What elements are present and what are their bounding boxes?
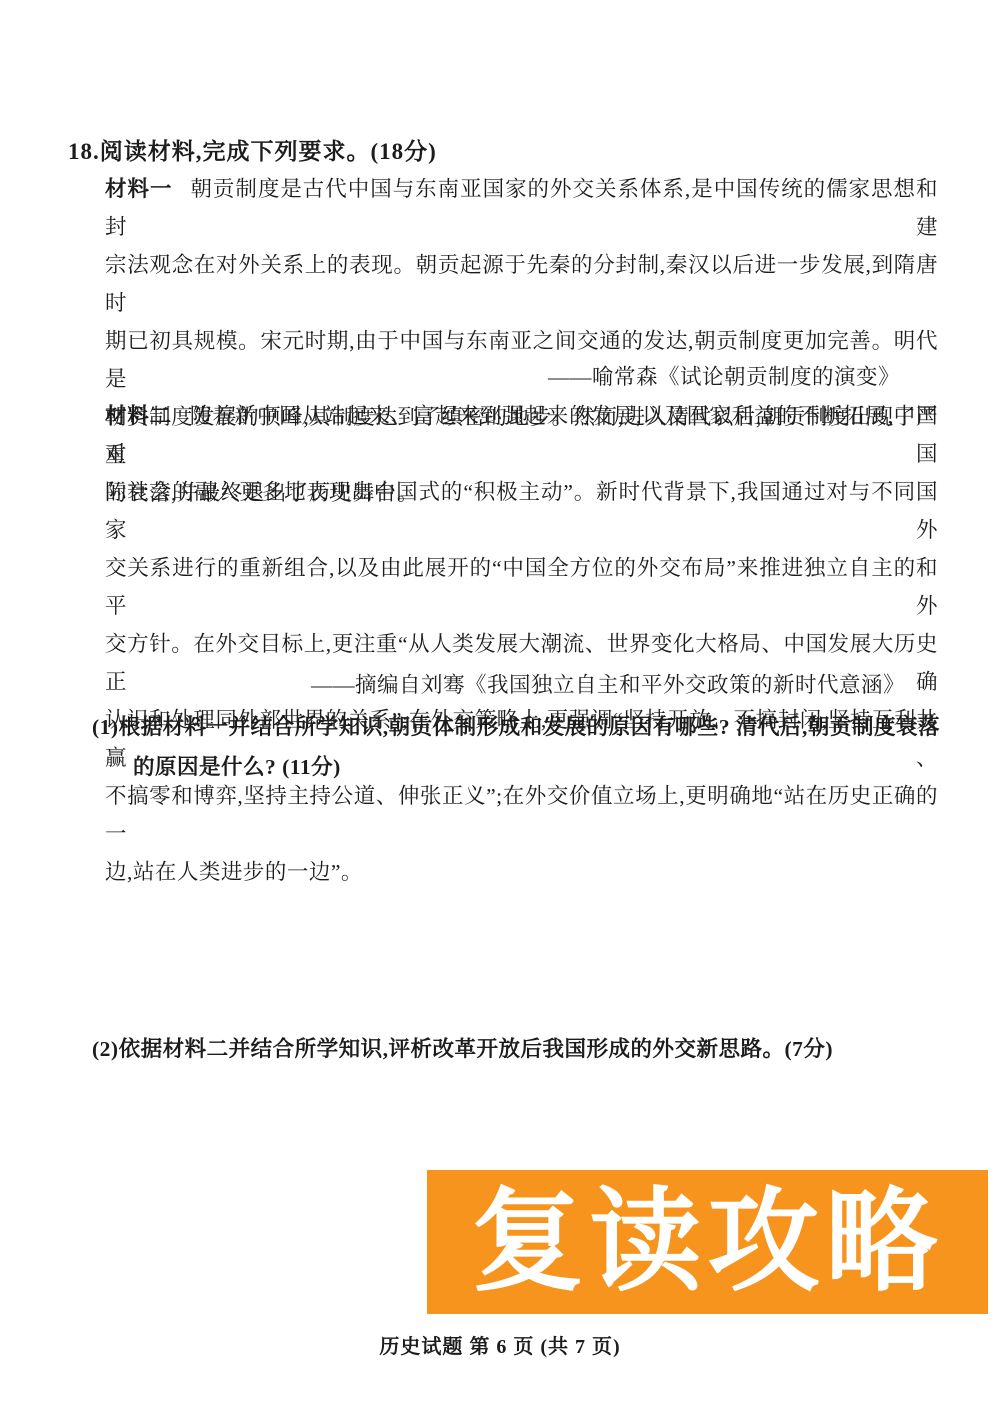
material-2-label: 材料二 bbox=[105, 404, 172, 428]
material-1-citation: ——喻常森《试论朝贡制度的演变》 bbox=[548, 358, 900, 396]
material-2-line-text: 随着新中国从站起来、富起来到强起来的发展,以及国家利益的不断拓展,中国对国 bbox=[105, 404, 938, 466]
page-footer: 历史试题 第 6 页 (共 7 页) bbox=[0, 1330, 1000, 1359]
watermark-banner: 复读攻略 bbox=[427, 1170, 988, 1314]
question-18-heading: 18.阅读材料,完成下列要求。(18分) bbox=[68, 133, 437, 166]
material-1-line: 材料一朝贡制度是古代中国与东南亚国家的外交关系体系,是中国传统的儒家思想和封建 bbox=[105, 170, 938, 246]
material-2-citation: ——摘编自刘骞《我国独立自主和平外交政策的新时代意涵》 bbox=[311, 666, 905, 704]
material-2-line: 际社会的融入更多地表现出中国式的“积极主动”。新时代背景下,我国通过对与不同国家… bbox=[105, 473, 938, 549]
material-2-line: 交关系进行的重新组合,以及由此展开的“中国全方位的外交布局”来推进独立自主的和平… bbox=[105, 549, 938, 625]
exam-page: 18.阅读材料,完成下列要求。(18分) 材料一朝贡制度是古代中国与东南亚国家的… bbox=[0, 0, 1000, 1418]
watermark-text: 复读攻略 bbox=[472, 1186, 944, 1298]
material-2-line: 材料二随着新中国从站起来、富起来到强起来的发展,以及国家利益的不断拓展,中国对国 bbox=[105, 397, 938, 473]
sub-question-2-line-1: (2)依据材料二并结合所学知识,评析改革开放后我国形成的外交新思路。(7分) bbox=[92, 1030, 833, 1068]
material-1-label: 材料一 bbox=[105, 177, 172, 201]
sub-question-1-line-2: 的原因是什么? (11分) bbox=[133, 748, 341, 786]
material-2-line: 边,站在人类进步的一边”。 bbox=[105, 853, 938, 891]
material-1-line-text: 朝贡制度是古代中国与东南亚国家的外交关系体系,是中国传统的儒家思想和封建 bbox=[105, 177, 938, 239]
material-2-line: 不搞零和博弈,坚持主持公道、伸张正义”;在外交价值立场上,更明确地“站在历史正确… bbox=[105, 777, 938, 853]
material-2-paragraph: 材料二随着新中国从站起来、富起来到强起来的发展,以及国家利益的不断拓展,中国对国… bbox=[105, 397, 938, 891]
sub-question-1-line-1: (1)根据材料一并结合所学知识,朝贡体制形成和发展的原因有哪些? 清代后,朝贡制… bbox=[92, 708, 940, 746]
material-1-line: 宗法观念在对外关系上的表现。朝贡起源于先秦的分封制,秦汉以后进一步发展,到隋唐时 bbox=[105, 246, 938, 322]
